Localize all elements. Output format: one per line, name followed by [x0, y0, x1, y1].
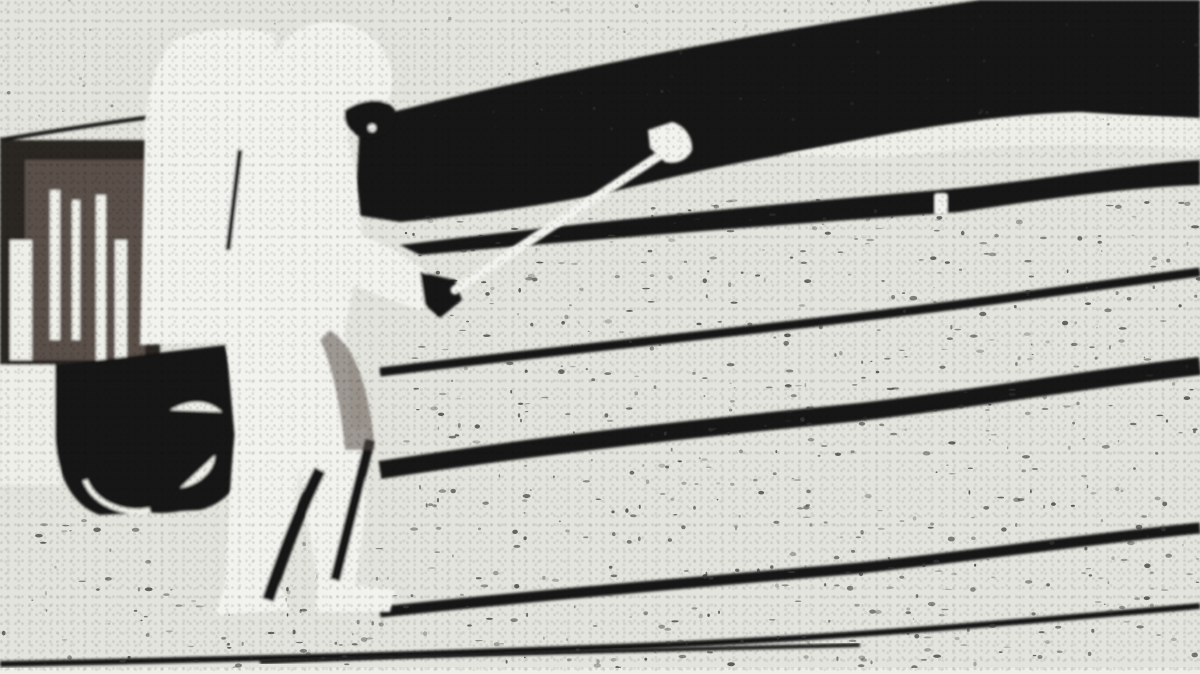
rover-equipment-bar — [72, 200, 80, 340]
scene — [0, 0, 1200, 674]
moon-golf-photo — [0, 0, 1200, 674]
visor-reflection — [368, 124, 376, 132]
rover-equipment-bar — [50, 190, 60, 340]
rover-wheel — [80, 397, 240, 513]
rover-equipment-bar — [115, 240, 127, 360]
rover-equipment-bar — [96, 195, 106, 360]
small-rock — [934, 193, 948, 215]
rover-lower-panel — [0, 365, 60, 485]
bottom-border — [0, 668, 1200, 674]
rover-equipment-bar — [10, 240, 32, 360]
